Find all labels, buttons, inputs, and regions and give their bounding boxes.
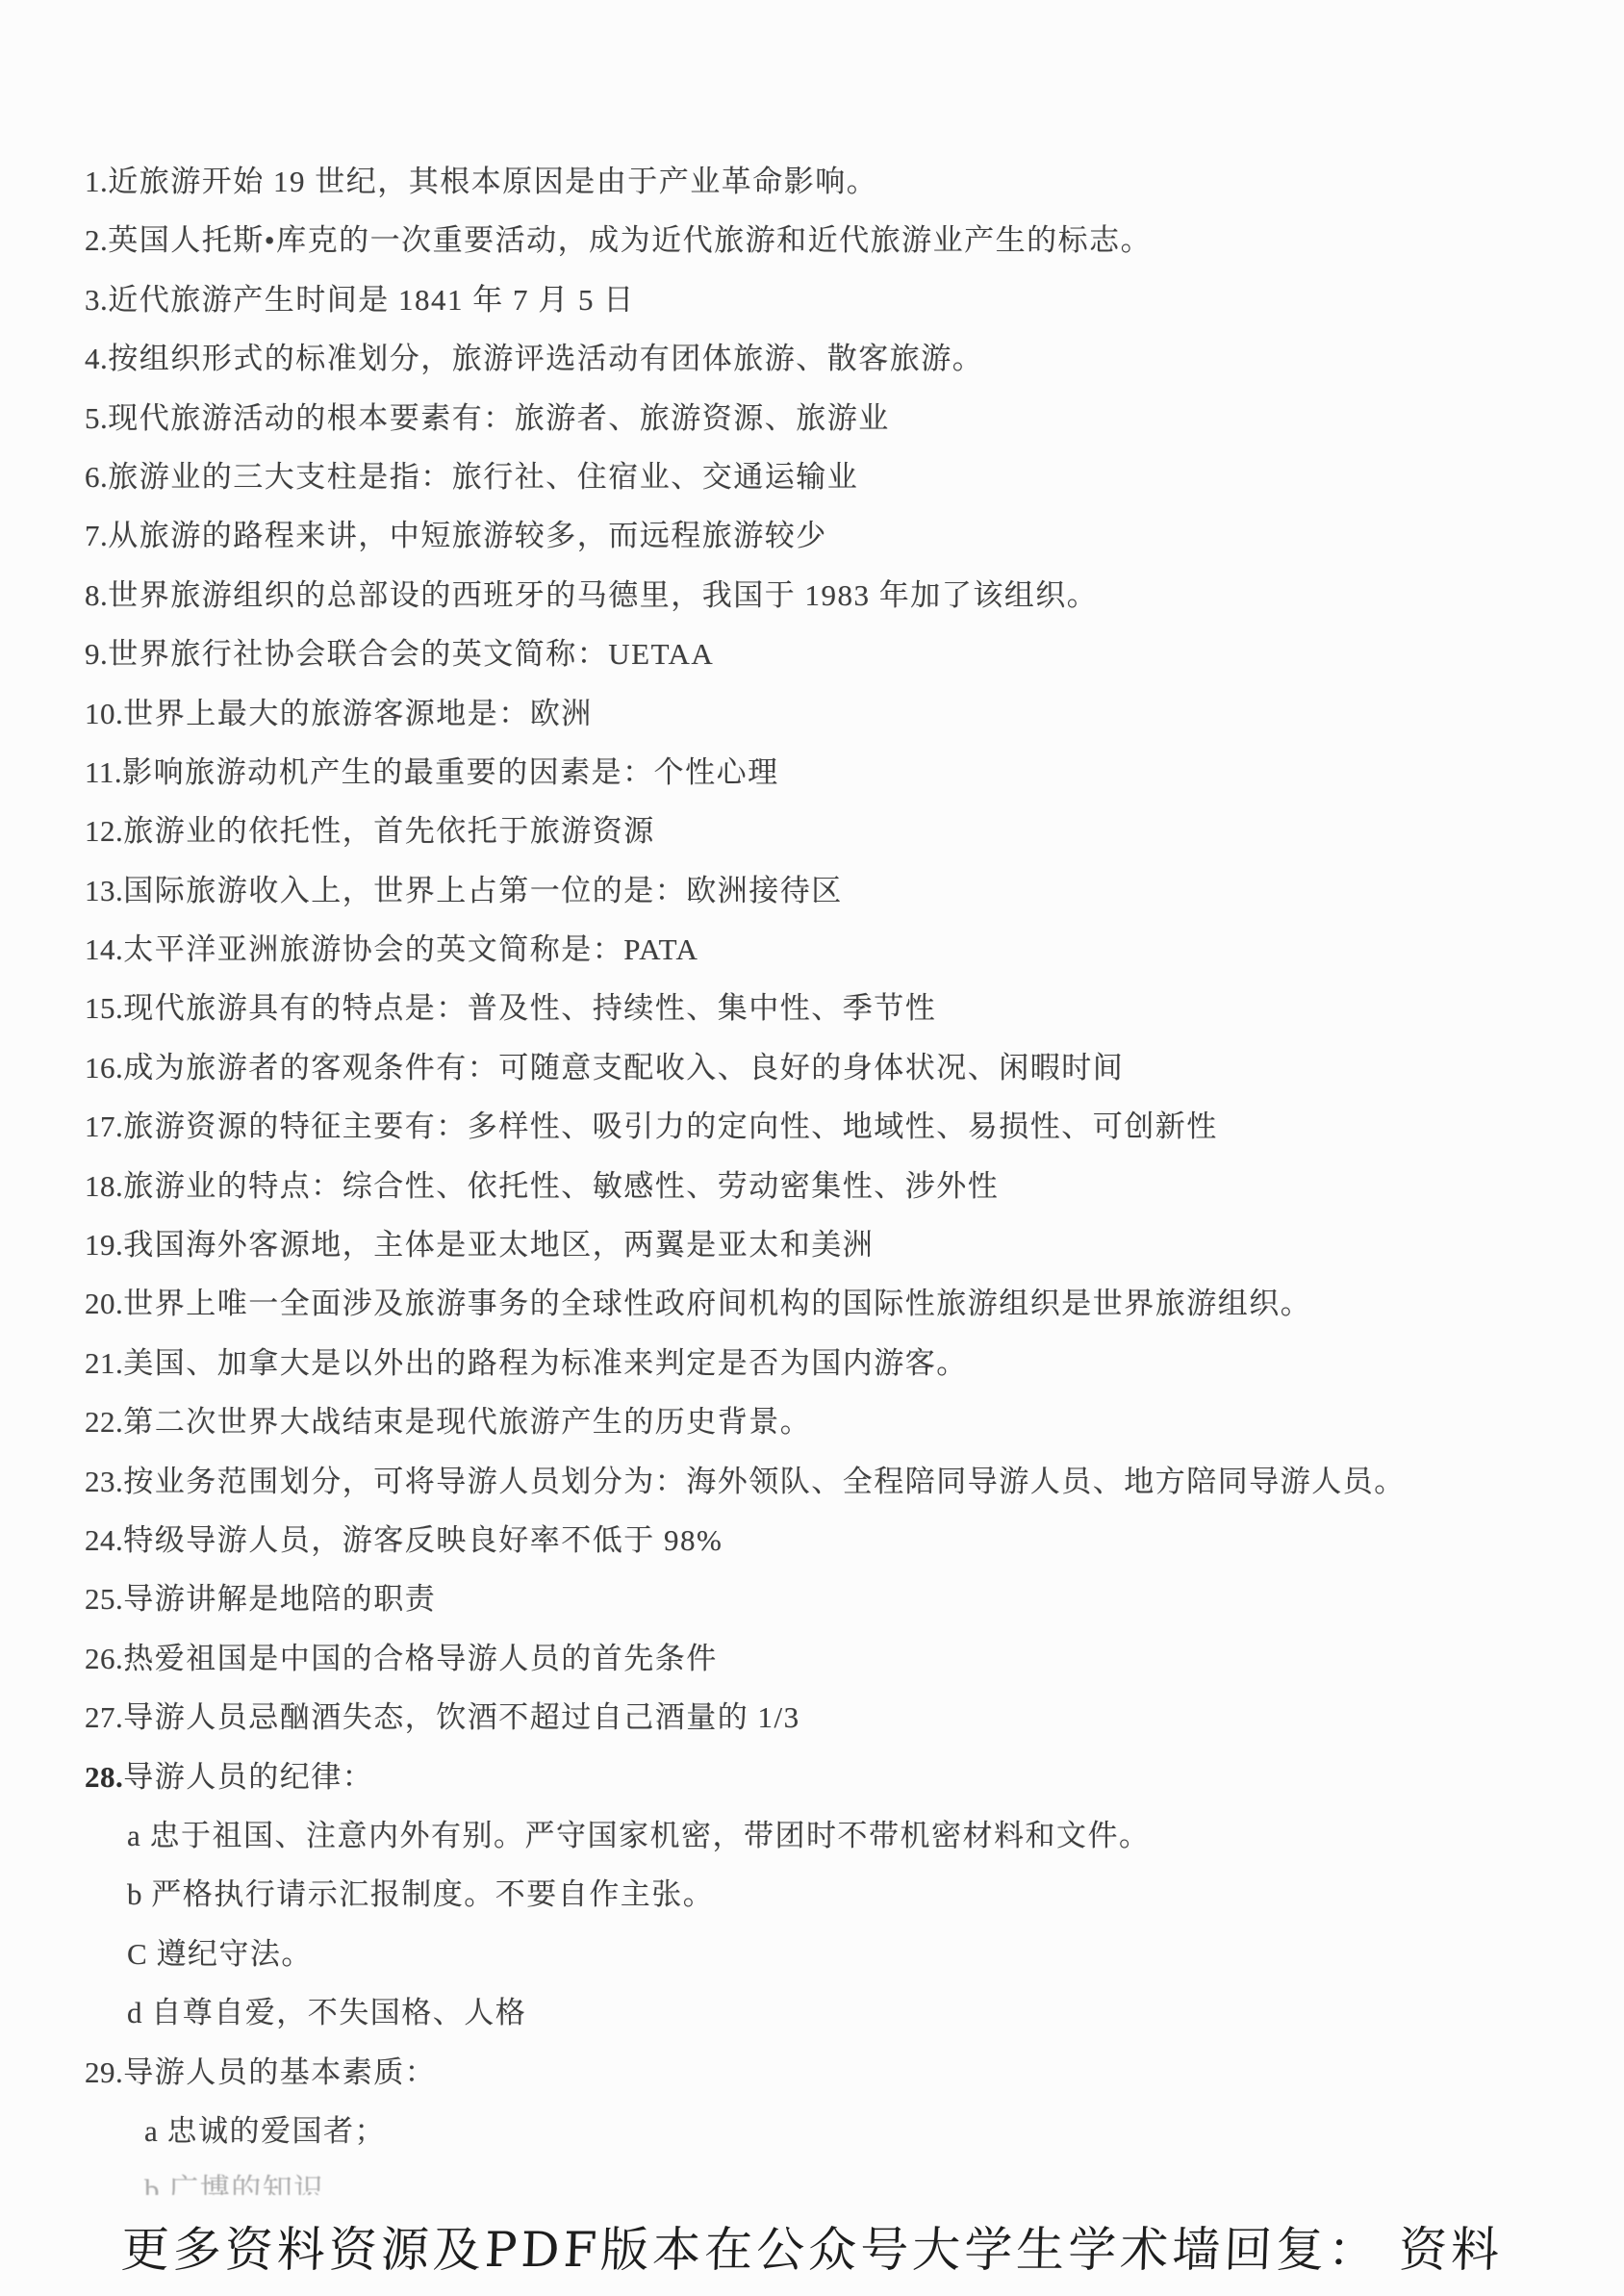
doc-line: C 遵纪守法。 [127, 1925, 1624, 1983]
doc-line-text: 世界上唯一全面涉及旅游事务的全球性政府间机构的国际性旅游组织是世界旅游组织。 [123, 1287, 1311, 1320]
doc-line: 26.热爱祖国是中国的合格导游人员的首先条件 [85, 1629, 1624, 1688]
doc-line: 13.国际旅游收入上，世界上占第一位的是：欧洲接待区 [85, 861, 1624, 920]
doc-line-number: 29. [85, 2055, 123, 2089]
doc-line-text: 按组织形式的标准划分，旅游评选活动有团体旅游、散客旅游。 [108, 342, 983, 375]
doc-line-text: 导游人员的基本素质： [123, 2055, 436, 2089]
doc-line: 14.太平洋亚洲旅游协会的英文简称是：PATA [85, 920, 1624, 979]
doc-line-number: 1. [85, 165, 108, 198]
doc-line-text: 广博的知识 [160, 2173, 325, 2195]
doc-line: 18.旅游业的特点：综合性、依托性、敏感性、劳动密集性、涉外性 [85, 1157, 1624, 1215]
doc-line-text: 热爱祖国是中国的合格导游人员的首先条件 [123, 1642, 718, 1675]
doc-line-text: 导游讲解是地陪的职责 [123, 1582, 436, 1616]
doc-line-number: 15. [85, 991, 123, 1025]
doc-line-number: 25. [85, 1582, 123, 1616]
doc-line-text: 英国人托斯•库克的一次重要活动，成为近代旅游和近代旅游业产生的标志。 [108, 223, 1152, 257]
doc-line: 21.美国、加拿大是以外出的路程为标准来判定是否为国内游客。 [85, 1334, 1624, 1392]
doc-line: 16.成为旅游者的客观条件有：可随意支配收入、良好的身体状况、闲暇时间 [85, 1038, 1624, 1097]
doc-line: a 忠诚的爱国者； [144, 2102, 1624, 2160]
doc-line-number: 24. [85, 1523, 123, 1557]
doc-line-text: 近旅游开始 19 世纪，其根本原因是由于产业革命影响。 [108, 165, 877, 198]
doc-line: 15.现代旅游具有的特点是：普及性、持续性、集中性、季节性 [85, 979, 1624, 1037]
doc-line: 8.世界旅游组织的总部设的西班牙的马德里，我国于 1983 年加了该组织。 [85, 566, 1624, 625]
doc-line: 9.世界旅行社协会联合会的英文简称：UETAA [85, 625, 1624, 683]
doc-line-text: 太平洋亚洲旅游协会的英文简称是：PATA [123, 932, 698, 966]
doc-line: 1.近旅游开始 19 世纪，其根本原因是由于产业革命影响。 [85, 152, 1624, 211]
doc-line-text: 成为旅游者的客观条件有：可随意支配收入、良好的身体状况、闲暇时间 [123, 1051, 1124, 1084]
doc-line: 7.从旅游的路程来讲，中短旅游较多，而远程旅游较少 [85, 506, 1624, 565]
doc-line-number: 20. [85, 1287, 123, 1320]
doc-line-text: 世界上最大的旅游客源地是：欧洲 [123, 697, 593, 730]
doc-line: 25.导游讲解是地陪的职责 [85, 1569, 1624, 1628]
doc-line-text: 导游人员的纪律： [123, 1760, 373, 1794]
doc-line-number: a [144, 2114, 158, 2148]
doc-line-number: 3. [85, 283, 108, 317]
doc-line-number: 9. [85, 637, 108, 671]
doc-line-text: 旅游业的特点：综合性、依托性、敏感性、劳动密集性、涉外性 [123, 1169, 999, 1203]
doc-line: 4.按组织形式的标准划分，旅游评选活动有团体旅游、散客旅游。 [85, 329, 1624, 388]
doc-line-number: 13. [85, 874, 123, 907]
document-body: 1.近旅游开始 19 世纪，其根本原因是由于产业革命影响。2.英国人托斯•库克的… [85, 152, 1624, 2195]
doc-line-text: 特级导游人员，游客反映良好率不低于 98% [123, 1523, 723, 1557]
doc-line-number: 23. [85, 1465, 123, 1498]
doc-line-text: 影响旅游动机产生的最重要的因素是：个性心理 [122, 755, 779, 789]
doc-line: b 严格执行请示汇报制度。不要自作主张。 [127, 1865, 1624, 1924]
doc-line-text: 按业务范围划分，可将导游人员划分为：海外领队、全程陪同导游人员、地方陪同导游人员… [123, 1465, 1406, 1498]
doc-line: 3.近代旅游产生时间是 1841 年 7 月 5 日 [85, 270, 1624, 329]
doc-line-text: 旅游资源的特征主要有：多样性、吸引力的定向性、地域性、易损性、可创新性 [123, 1110, 1218, 1143]
doc-line-text: 现代旅游具有的特点是：普及性、持续性、集中性、季节性 [123, 991, 936, 1025]
doc-line-text: 第二次世界大战结束是现代旅游产生的历史背景。 [123, 1405, 811, 1439]
doc-line: 12.旅游业的依托性，首先依托于旅游资源 [85, 802, 1624, 860]
doc-line-text: 遵纪守法。 [147, 1937, 313, 1971]
doc-line-text: 旅游业的依托性，首先依托于旅游资源 [123, 814, 655, 848]
doc-line: 29.导游人员的基本素质： [85, 2043, 1624, 2102]
doc-line-number: b [144, 2173, 160, 2195]
doc-line: 2.英国人托斯•库克的一次重要活动，成为近代旅游和近代旅游业产生的标志。 [85, 211, 1624, 269]
doc-line-number: 28. [85, 1760, 123, 1794]
doc-line-number: 21. [85, 1346, 123, 1380]
doc-line: 6.旅游业的三大支柱是指：旅行社、住宿业、交通运输业 [85, 447, 1624, 506]
doc-line-number: 7. [85, 519, 108, 552]
doc-line-number: 16. [85, 1051, 123, 1084]
doc-line-text: 美国、加拿大是以外出的路程为标准来判定是否为国内游客。 [123, 1346, 968, 1380]
doc-line-text: 国际旅游收入上，世界上占第一位的是：欧洲接待区 [123, 874, 843, 907]
doc-line: 11.影响旅游动机产生的最重要的因素是：个性心理 [85, 743, 1624, 802]
doc-line-number: 19. [85, 1228, 123, 1262]
doc-line-number: 22. [85, 1405, 123, 1439]
doc-line-number: 17. [85, 1110, 123, 1143]
doc-line: 24.特级导游人员，游客反映良好率不低于 98% [85, 1511, 1624, 1569]
doc-line-text: 自尊自爱，不失国格、人格 [142, 1996, 526, 2029]
doc-line: 10.世界上最大的旅游客源地是：欧洲 [85, 684, 1624, 743]
doc-line-number: 18. [85, 1169, 123, 1203]
doc-line-number: 12. [85, 814, 123, 848]
doc-line-number: 4. [85, 342, 108, 375]
doc-line-text: 我国海外客源地，主体是亚太地区，两翼是亚太和美洲 [123, 1228, 874, 1262]
doc-line-number: 14. [85, 932, 123, 966]
doc-line: 17.旅游资源的特征主要有：多样性、吸引力的定向性、地域性、易损性、可创新性 [85, 1097, 1624, 1156]
doc-line: 22.第二次世界大战结束是现代旅游产生的历史背景。 [85, 1392, 1624, 1451]
doc-line-text: 从旅游的路程来讲，中短旅游较多，而远程旅游较少 [108, 519, 827, 552]
doc-line-text: 旅游业的三大支柱是指：旅行社、住宿业、交通运输业 [108, 460, 858, 494]
doc-line-number: b [127, 1877, 142, 1911]
doc-line: b 广博的知识 [144, 2160, 1624, 2195]
document-page: 1.近旅游开始 19 世纪，其根本原因是由于产业革命影响。2.英国人托斯•库克的… [0, 0, 1624, 2195]
doc-line-text: 忠诚的爱国者； [158, 2114, 386, 2148]
doc-line: 27.导游人员忌酗酒失态，饮酒不超过自己酒量的 1/3 [85, 1688, 1624, 1747]
doc-line: 19.我国海外客源地，主体是亚太地区，两翼是亚太和美洲 [85, 1215, 1624, 1274]
doc-line-text: 世界旅游组织的总部设的西班牙的马德里，我国于 1983 年加了该组织。 [108, 578, 1098, 612]
doc-line-number: 11. [85, 755, 122, 789]
doc-line: 23.按业务范围划分，可将导游人员划分为：海外领队、全程陪同导游人员、地方陪同导… [85, 1452, 1624, 1511]
doc-line: a 忠于祖国、注意内外有别。严守国家机密，带团时不带机密材料和文件。 [127, 1806, 1624, 1865]
doc-line-number: 5. [85, 401, 108, 435]
doc-line-number: a [127, 1819, 140, 1852]
doc-line-text: 近代旅游产生时间是 1841 年 7 月 5 日 [108, 283, 635, 317]
doc-line-number: C [127, 1937, 147, 1971]
doc-line-number: 27. [85, 1700, 123, 1734]
doc-line-number: 2. [85, 223, 108, 257]
doc-line-number: d [127, 1996, 142, 2029]
doc-line: 20.世界上唯一全面涉及旅游事务的全球性政府间机构的国际性旅游组织是世界旅游组织… [85, 1274, 1624, 1333]
doc-line-text: 忠于祖国、注意内外有别。严守国家机密，带团时不带机密材料和文件。 [140, 1819, 1150, 1852]
doc-line-number: 8. [85, 578, 108, 612]
doc-line-text: 严格执行请示汇报制度。不要自作主张。 [142, 1877, 714, 1911]
doc-line: d 自尊自爱，不失国格、人格 [127, 1983, 1624, 2042]
doc-line-number: 10. [85, 697, 123, 730]
doc-line: 5.现代旅游活动的根本要素有：旅游者、旅游资源、旅游业 [85, 389, 1624, 447]
doc-line-number: 6. [85, 460, 108, 494]
doc-line-number: 26. [85, 1642, 123, 1675]
doc-line: 28.导游人员的纪律： [85, 1748, 1624, 1806]
footer-note: 更多资料资源及PDF版本在公众号大学生学术墙回复： 资料 [0, 2209, 1624, 2290]
doc-line-text: 现代旅游活动的根本要素有：旅游者、旅游资源、旅游业 [108, 401, 890, 435]
doc-line-text: 世界旅行社协会联合会的英文简称：UETAA [108, 637, 714, 671]
doc-line-text: 导游人员忌酗酒失态，饮酒不超过自己酒量的 1/3 [123, 1700, 799, 1734]
